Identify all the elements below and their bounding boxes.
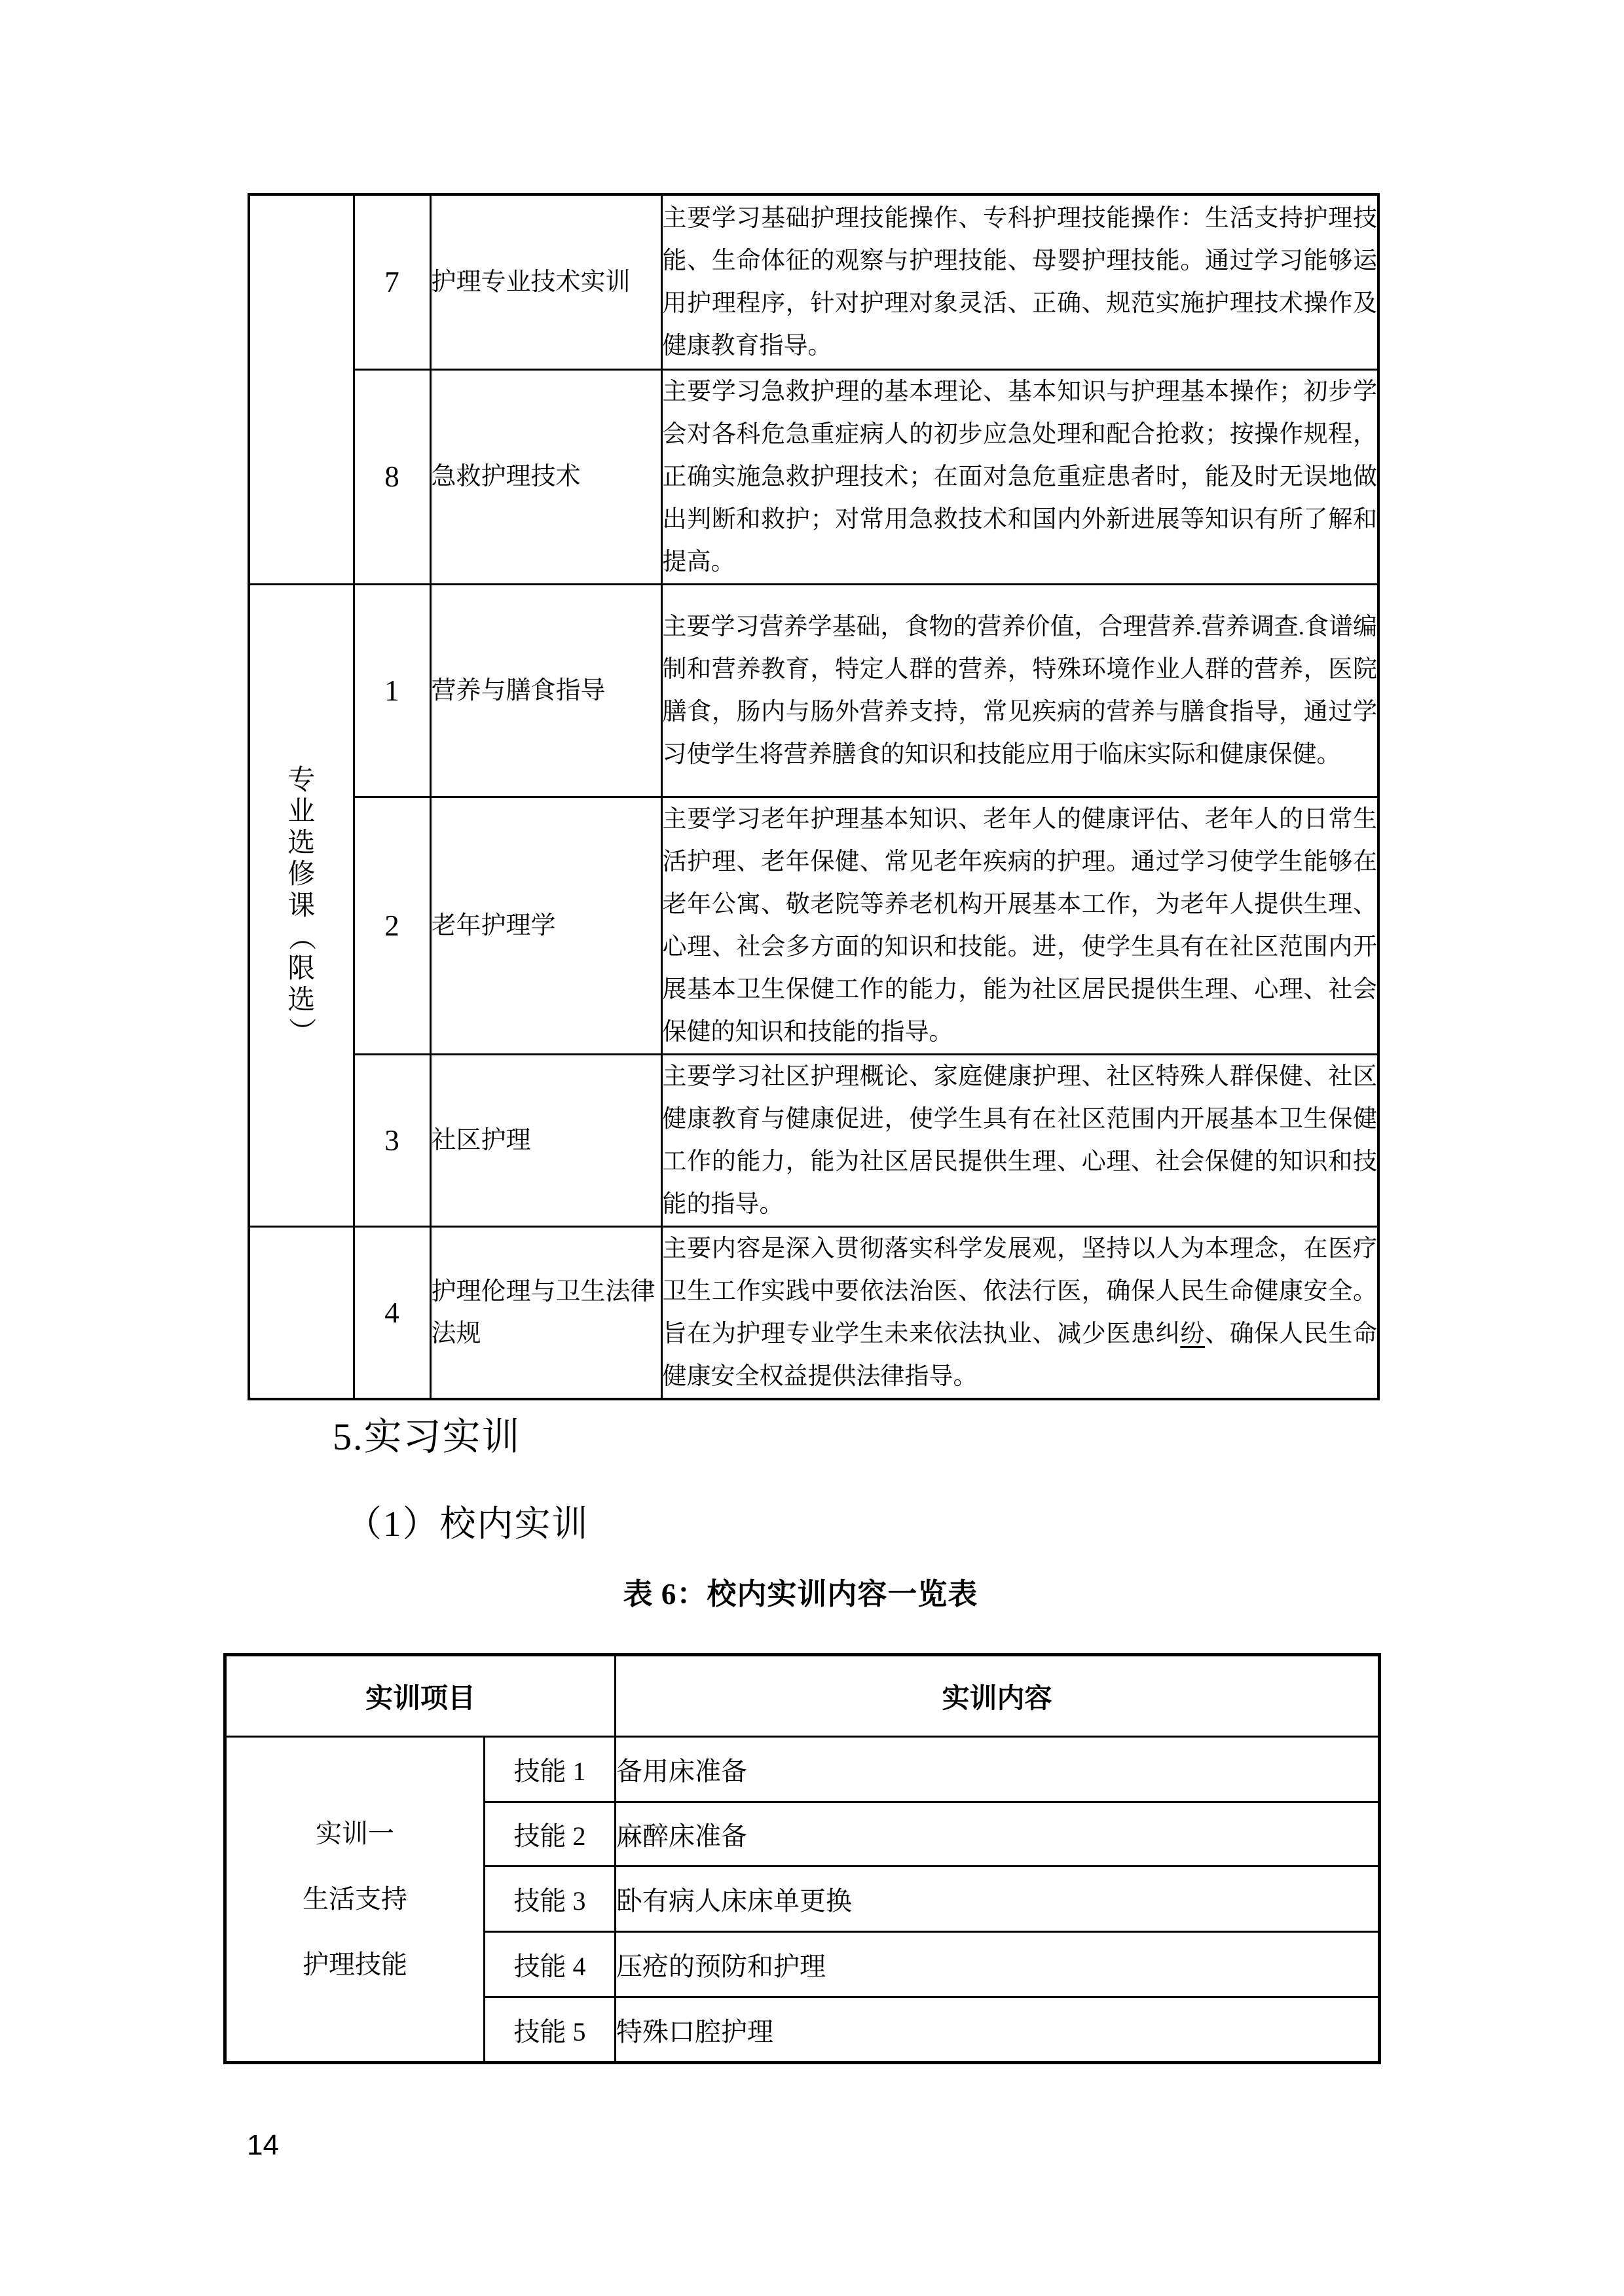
table-row: 8 急救护理技术 主要学习急救护理的基本理论、基本知识与护理基本操作；初步学会对… bbox=[249, 369, 1378, 584]
header-project: 实训项目 bbox=[225, 1655, 616, 1737]
course-number: 2 bbox=[354, 797, 430, 1054]
table-row: 实训一 生活支持 护理技能 技能 1 备用床准备 bbox=[225, 1737, 1380, 1802]
course-name: 护理伦理与卫生法律法规 bbox=[430, 1226, 661, 1399]
course-number: 7 bbox=[354, 194, 430, 369]
course-name: 急救护理技术 bbox=[430, 369, 661, 584]
course-description: 主要学习急救护理的基本理论、基本知识与护理基本操作；初步学会对各科危急重症病人的… bbox=[661, 369, 1378, 584]
project-line: 实训一 bbox=[227, 1801, 483, 1867]
category-vertical-label: 专业选修课（限选） bbox=[250, 764, 353, 1047]
course-number: 3 bbox=[354, 1054, 430, 1226]
skill-content: 麻醉床准备 bbox=[616, 1802, 1380, 1867]
course-name: 营养与膳食指导 bbox=[430, 584, 661, 797]
course-name: 护理专业技术实训 bbox=[430, 194, 661, 369]
table-row: 专业选修课（限选） 1 营养与膳食指导 主要学习营养学基础，食物的营养价值，合理… bbox=[249, 584, 1378, 797]
page-number: 14 bbox=[247, 2129, 279, 2162]
table-row: 3 社区护理 主要学习社区护理概论、家庭健康护理、社区特殊人群保健、社区健康教育… bbox=[249, 1054, 1378, 1226]
skill-content: 压疮的预防和护理 bbox=[616, 1932, 1380, 1997]
project-line: 护理技能 bbox=[227, 1932, 483, 1997]
category-cell: 专业选修课（限选） bbox=[249, 584, 354, 1226]
skill-content: 特殊口腔护理 bbox=[616, 1997, 1380, 2063]
course-description: 主要学习营养学基础，食物的营养价值，合理营养.营养调查.食谱编制和营养教育，特定… bbox=[661, 584, 1378, 797]
table-row: 4 护理伦理与卫生法律法规 主要内容是深入贯彻落实科学发展观，坚持以人为本理念，… bbox=[249, 1226, 1378, 1399]
underlined-text: 纷 bbox=[1180, 1321, 1205, 1347]
skill-label: 技能 4 bbox=[485, 1932, 616, 1997]
category-cell-empty bbox=[249, 1226, 354, 1399]
skill-label: 技能 3 bbox=[485, 1867, 616, 1932]
table-row: 7 护理专业技术实训 主要学习基础护理技能操作、专科护理技能操作：生活支持护理技… bbox=[249, 194, 1378, 369]
section-heading: 5.实习实训 bbox=[333, 1414, 521, 1460]
category-cell-empty bbox=[249, 194, 354, 584]
skill-content: 卧有病人床床单更换 bbox=[616, 1867, 1380, 1932]
course-description: 主要学习基础护理技能操作、专科护理技能操作：生活支持护理技能、生命体征的观察与护… bbox=[661, 194, 1378, 369]
curriculum-table: 7 护理专业技术实训 主要学习基础护理技能操作、专科护理技能操作：生活支持护理技… bbox=[248, 193, 1380, 1400]
course-name: 老年护理学 bbox=[430, 797, 661, 1054]
course-number: 4 bbox=[354, 1226, 430, 1399]
skill-label: 技能 1 bbox=[485, 1737, 616, 1802]
skill-content: 备用床准备 bbox=[616, 1737, 1380, 1802]
course-description: 主要学习老年护理基本知识、老年人的健康评估、老年人的日常生活护理、老年保健、常见… bbox=[661, 797, 1378, 1054]
project-name-cell: 实训一 生活支持 护理技能 bbox=[225, 1737, 485, 2063]
project-line: 生活支持 bbox=[227, 1867, 483, 1932]
table-header-row: 实训项目 实训内容 bbox=[225, 1655, 1380, 1737]
subsection-heading: （1）校内实训 bbox=[346, 1502, 589, 1546]
course-number: 8 bbox=[354, 369, 430, 584]
header-content: 实训内容 bbox=[616, 1655, 1380, 1737]
table-caption: 表 6：校内实训内容一览表 bbox=[223, 1570, 1378, 1613]
table-row: 2 老年护理学 主要学习老年护理基本知识、老年人的健康评估、老年人的日常生活护理… bbox=[249, 797, 1378, 1054]
document-page: 7 护理专业技术实训 主要学习基础护理技能操作、专科护理技能操作：生活支持护理技… bbox=[0, 0, 1624, 2296]
skill-label: 技能 5 bbox=[485, 1997, 616, 2063]
course-number: 1 bbox=[354, 584, 430, 797]
training-table: 实训项目 实训内容 实训一 生活支持 护理技能 技能 1 备用床准备 技能 2 … bbox=[223, 1653, 1381, 2064]
course-description: 主要内容是深入贯彻落实科学发展观，坚持以人为本理念，在医疗卫生工作实践中要依法治… bbox=[661, 1226, 1378, 1399]
course-description: 主要学习社区护理概论、家庭健康护理、社区特殊人群保健、社区健康教育与健康促进，使… bbox=[661, 1054, 1378, 1226]
course-name: 社区护理 bbox=[430, 1054, 661, 1226]
skill-label: 技能 2 bbox=[485, 1802, 616, 1867]
